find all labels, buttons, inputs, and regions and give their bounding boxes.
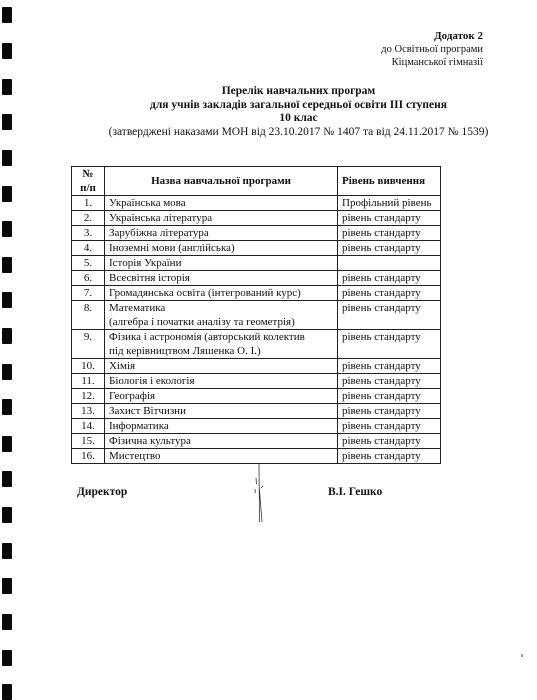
row-number: 16.	[72, 449, 105, 464]
program-name: Громадянська освіта (інтегрований курс)	[105, 286, 338, 301]
document-heading: Перелік навчальних програм для учнів зак…	[60, 85, 537, 139]
program-name-line: Українська література	[109, 211, 333, 225]
study-level: рівень стандарту	[338, 419, 441, 434]
heading-title: Перелік навчальних програм	[60, 85, 537, 99]
table-row: 15.Фізична культурарівень стандарту	[72, 434, 441, 449]
program-name-line: Українська мова	[109, 196, 333, 210]
heading-grade: 10 клас	[60, 112, 537, 126]
program-name: Біологія і екологія	[105, 374, 338, 389]
header-number-abbrev: п/п	[76, 181, 100, 195]
header-study-level: Рівень вивчення	[338, 167, 441, 196]
row-number: 4.	[72, 241, 105, 256]
table-row: 11.Біологія і екологіярівень стандарту	[72, 374, 441, 389]
study-level: рівень стандарту	[338, 330, 441, 359]
header-number: № п/п	[72, 167, 105, 196]
appendix-note: Додаток 2 до Освітньої програми Кіцмансь…	[381, 30, 483, 69]
table-row: 4.Іноземні мови (англійська)рівень станд…	[72, 241, 441, 256]
binding-hole	[2, 436, 12, 452]
table-row: 13.Захист Вітчизнирівень стандарту	[72, 404, 441, 419]
binding-hole	[2, 507, 12, 523]
row-number: 1.	[72, 196, 105, 211]
table-row: 2.Українська літературарівень стандарту	[72, 211, 441, 226]
program-name-line: Захист Вітчизни	[109, 404, 333, 418]
binding-holes	[0, 0, 14, 700]
binding-hole	[2, 399, 12, 415]
binding-hole	[2, 257, 12, 273]
program-name-line: Фізика і астрономія (авторський колектив	[109, 330, 333, 344]
binding-hole	[2, 650, 12, 666]
appendix-line-2: Кіцманської гімназії	[381, 56, 483, 69]
table-row: 12.Географіярівень стандарту	[72, 389, 441, 404]
program-name-line: під керівництвом Ляшенка О. І.)	[109, 344, 333, 358]
row-number: 2.	[72, 211, 105, 226]
row-number: 15.	[72, 434, 105, 449]
table-row: 6.Всесвітня історіярівень стандарту	[72, 271, 441, 286]
study-level: рівень стандарту	[338, 434, 441, 449]
study-level: рівень стандарту	[338, 286, 441, 301]
appendix-line-1: до Освітньої програми	[381, 43, 483, 56]
program-name: Українська мова	[105, 196, 338, 211]
binding-hole	[2, 43, 12, 59]
program-name-line: Інформатика	[109, 419, 333, 433]
heading-subtitle: для учнів закладів загальної середньої о…	[60, 99, 537, 113]
row-number: 9.	[72, 330, 105, 359]
program-name-line: Громадянська освіта (інтегрований курс)	[109, 286, 333, 300]
header-number-symbol: №	[76, 167, 100, 181]
scan-speck	[521, 654, 523, 657]
binding-hole	[2, 114, 12, 130]
binding-hole	[2, 79, 12, 95]
study-level: рівень стандарту	[338, 271, 441, 286]
table-row: 1.Українська моваПрофільний рівень	[72, 196, 441, 211]
row-number: 8.	[72, 301, 105, 330]
table-row: 10.Хіміярівень стандарту	[72, 359, 441, 374]
binding-hole	[2, 364, 12, 380]
row-number: 3.	[72, 226, 105, 241]
binding-hole	[2, 292, 12, 308]
signatory-name: В.І. Гешко	[328, 486, 382, 498]
program-name-line: Всесвітня історія	[109, 271, 333, 285]
handwritten-signature	[250, 464, 270, 524]
row-number: 6.	[72, 271, 105, 286]
signatory-role: Директор	[77, 486, 127, 498]
study-level: рівень стандарту	[338, 389, 441, 404]
binding-hole	[2, 221, 12, 237]
program-name-line: Географія	[109, 389, 333, 403]
row-number: 5.	[72, 256, 105, 271]
program-name: Мистецтво	[105, 449, 338, 464]
study-level: рівень стандарту	[338, 449, 441, 464]
program-name: Фізична культура	[105, 434, 338, 449]
table-row: 7.Громадянська освіта (інтегрований курс…	[72, 286, 441, 301]
program-name-line: Математика	[109, 301, 333, 315]
table-row: 14.Інформатикарівень стандарту	[72, 419, 441, 434]
binding-hole	[2, 614, 12, 630]
row-number: 7.	[72, 286, 105, 301]
table-row: 8.Математика(алгебра і початки аналізу т…	[72, 301, 441, 330]
row-number: 14.	[72, 419, 105, 434]
table-row: 5.Історія України	[72, 256, 441, 271]
study-level: рівень стандарту	[338, 211, 441, 226]
study-level: рівень стандарту	[338, 374, 441, 389]
study-level: рівень стандарту	[338, 359, 441, 374]
heading-approval-note: (затверджені наказами МОН від 23.10.2017…	[60, 126, 537, 140]
study-level: рівень стандарту	[338, 404, 441, 419]
study-level	[338, 256, 441, 271]
table-row: 9.Фізика і астрономія (авторський колект…	[72, 330, 441, 359]
program-name: Географія	[105, 389, 338, 404]
binding-hole	[2, 186, 12, 202]
binding-hole	[2, 328, 12, 344]
program-name: Інформатика	[105, 419, 338, 434]
binding-hole	[2, 578, 12, 594]
binding-hole	[2, 543, 12, 559]
row-number: 13.	[72, 404, 105, 419]
binding-hole	[2, 150, 12, 166]
program-name-line: Мистецтво	[109, 449, 333, 463]
program-name-line: Іноземні мови (англійська)	[109, 241, 333, 255]
binding-hole	[2, 684, 12, 700]
program-name: Історія України	[105, 256, 338, 271]
table-header-row: № п/п Назва навчальної програми Рівень в…	[72, 167, 441, 196]
programs-table: № п/п Назва навчальної програми Рівень в…	[71, 166, 441, 464]
study-level: Профільний рівень	[338, 196, 441, 211]
program-name: Хімія	[105, 359, 338, 374]
row-number: 11.	[72, 374, 105, 389]
program-name: Фізика і астрономія (авторський колектив…	[105, 330, 338, 359]
program-name-line: Історія України	[109, 256, 333, 270]
row-number: 12.	[72, 389, 105, 404]
study-level: рівень стандарту	[338, 241, 441, 256]
program-name-line: (алгебра і початки аналізу та геометрія)	[109, 315, 333, 329]
program-name-line: Фізична культура	[109, 434, 333, 448]
row-number: 10.	[72, 359, 105, 374]
header-program-name: Назва навчальної програми	[105, 167, 338, 196]
study-level: рівень стандарту	[338, 226, 441, 241]
study-level: рівень стандарту	[338, 301, 441, 330]
program-name: Зарубіжна література	[105, 226, 338, 241]
table-row: 3.Зарубіжна літературарівень стандарту	[72, 226, 441, 241]
program-name-line: Зарубіжна література	[109, 226, 333, 240]
program-name: Всесвітня історія	[105, 271, 338, 286]
appendix-title: Додаток 2	[381, 30, 483, 43]
program-name: Українська література	[105, 211, 338, 226]
program-name: Захист Вітчизни	[105, 404, 338, 419]
binding-hole	[2, 471, 12, 487]
program-name: Іноземні мови (англійська)	[105, 241, 338, 256]
binding-hole	[2, 7, 12, 23]
table-row: 16.Мистецтворівень стандарту	[72, 449, 441, 464]
program-name-line: Хімія	[109, 359, 333, 373]
program-name: Математика(алгебра і початки аналізу та …	[105, 301, 338, 330]
program-name-line: Біологія і екологія	[109, 374, 333, 388]
